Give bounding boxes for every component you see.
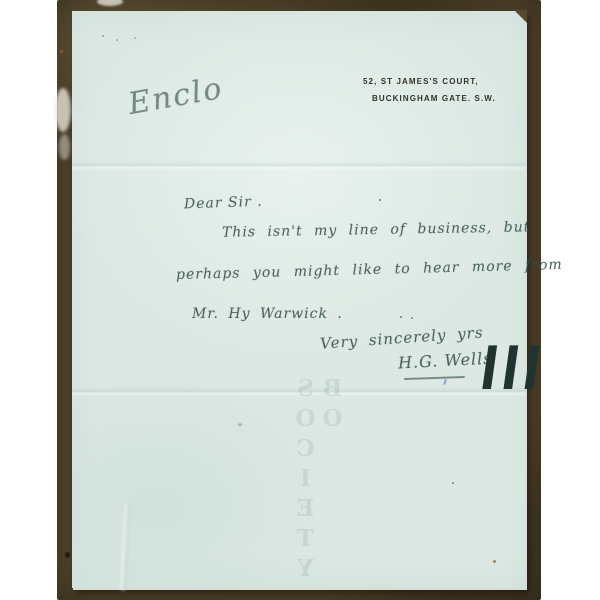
board-speck [65,552,70,558]
blue-ink-tick [443,379,447,385]
ink-speck [411,317,413,319]
body-line: perhaps you might like to hear more from [176,257,563,283]
glue-residue-blob [55,88,71,132]
ink-speck [400,316,402,318]
ink-speck [134,37,136,39]
stamp-showthrough: SOCIETY BO [292,375,346,570]
product-photo: 52, ST JAMES'S COURT, BUCKINGHAM GATE. S… [0,0,600,600]
foxing-speck [493,560,496,563]
closing: Very sincerely yrs [320,323,484,352]
body-line: Mr. Hy Warwick . [192,306,343,322]
glue-residue-blob [59,134,70,160]
signature: H.G. Wells [398,349,493,373]
letterhead: 52, ST JAMES'S COURT, BUCKINGHAM GATE. S… [363,77,496,104]
ink-speck [452,482,454,484]
tally-marks: III [476,333,549,403]
ink-speck [102,35,104,37]
docket-note: Enclo [126,71,226,122]
violet-smudge [238,423,242,426]
body-line: This isn't my line of business, but [222,219,531,240]
paper-corner-fold [514,10,527,23]
signature-underline [404,376,465,380]
board-speck [60,50,63,53]
salutation: Dear Sir . [184,194,263,213]
letterhead-line1: 52, ST JAMES'S COURT, [363,77,496,87]
letterhead-line2: BUCKINGHAM GATE. S.W. [372,94,496,104]
paper-crease [120,503,132,591]
ink-speck [116,39,118,41]
ink-speck [379,199,381,201]
album-board: 52, ST JAMES'S COURT, BUCKINGHAM GATE. S… [57,0,541,600]
fold-crease [72,161,526,171]
letter-paper: 52, ST JAMES'S COURT, BUCKINGHAM GATE. S… [72,11,526,588]
glue-residue-blob [97,0,123,6]
